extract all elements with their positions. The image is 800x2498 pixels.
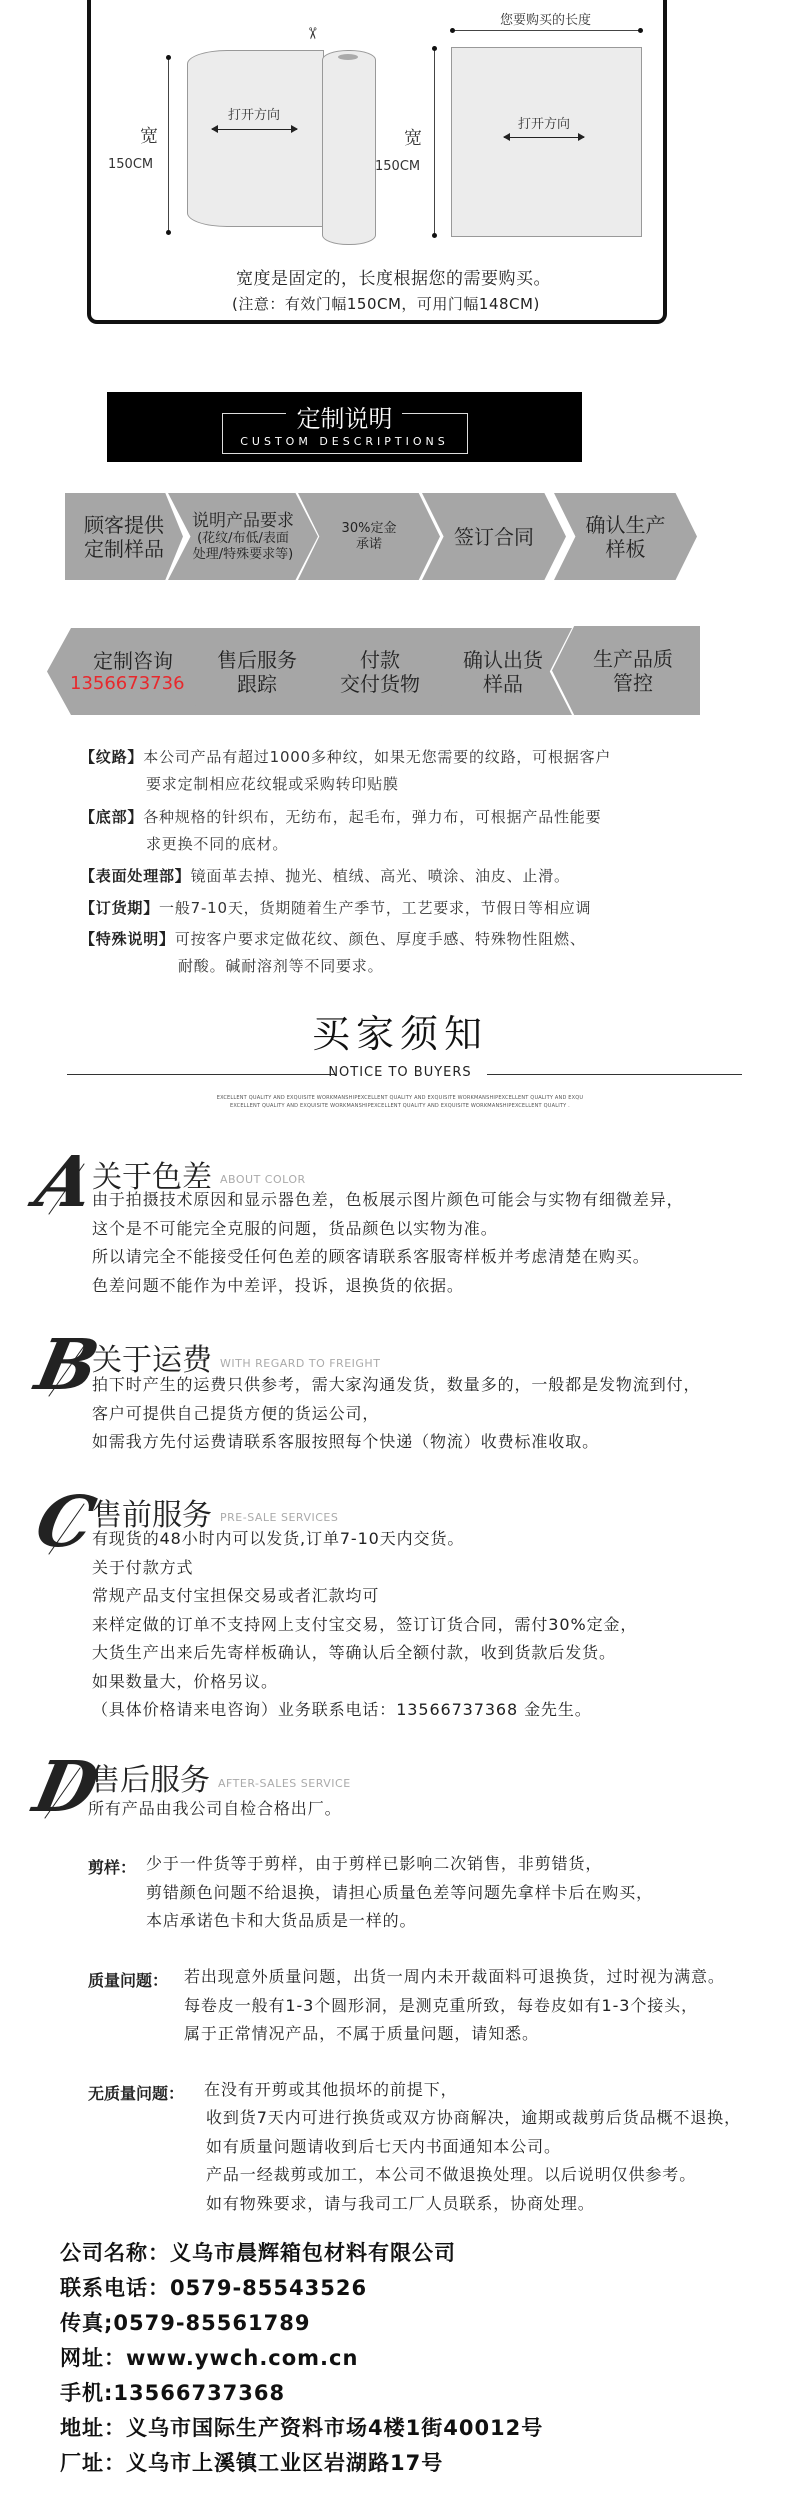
double-arrow-icon <box>212 129 297 130</box>
body-line: 如有物殊要求，请与我司工厂人员联系，协商处理。 <box>206 2190 741 2219</box>
process-step-10: 生产品质管控 <box>552 626 700 715</box>
step-text: 管控 <box>593 671 673 695</box>
step-text: 顾客提供 <box>84 513 164 537</box>
section-body-freight: 拍下时产生的运费只供参考，需大家沟通发货，数量多的，一般都是发物流到付， 客户可… <box>92 1371 700 1457</box>
body-line: 来样定做的订单不支持网上支付宝交易，签订订货合同，需付30%定金， <box>92 1611 637 1640</box>
process-step-4: 签订合同 <box>422 493 566 580</box>
notice-tagline: EXCELLENT QUALITY AND EXQUISITE WORKMANS… <box>0 1095 800 1101</box>
spec-label: 【订货期】 <box>80 899 159 917</box>
step-text: 说明产品要求 <box>192 511 294 531</box>
cut-sample-body: 少于一件货等于剪样，由于剪样已影响二次销售，非剪错货， 剪错颜色问题不给退换，请… <box>146 1850 653 1936</box>
spec-label: 【纹路】 <box>80 748 143 766</box>
dimension-dot <box>638 28 643 33</box>
body-line: 如有质量问题请收到后七天内书面通知本公司。 <box>206 2133 741 2162</box>
spec-text: 各种规格的针织布，无纺布，起毛布，弹力布，可根据产品性能要 <box>143 808 601 826</box>
fabric-roll-sheet <box>187 50 324 227</box>
contact-mobile: 手机:13566737368 <box>60 2376 543 2411</box>
company-name: 公司名称：义乌市晨辉箱包材料有限公司 <box>60 2236 543 2271</box>
dimension-dot <box>432 46 437 51</box>
width-fixed-note: 宽度是固定的，长度根据您的需要购买。 <box>236 264 551 289</box>
contact-fax: 传真;0579-85561789 <box>60 2306 543 2341</box>
dimension-dot <box>450 28 455 33</box>
step-text: 确认出货 <box>463 648 543 672</box>
roll-core-hole <box>338 54 358 60</box>
step-text: 售后服务 <box>217 648 297 672</box>
length-dimension-line <box>452 30 640 31</box>
body-line: 如需我方先付运费请联系客服按照每个快递（物流）收费标准收取。 <box>92 1428 700 1457</box>
spec-text: 要求定制相应花纹辊或采购转印贴膜 <box>80 771 611 798</box>
spec-text: 耐酸。碱耐溶剂等不同要求。 <box>80 953 586 980</box>
body-line: 所以请完全不能接受任何色差的顾客请联系客服寄样板并考虑清楚在购买。 <box>92 1243 684 1272</box>
fabric-roll-cylinder <box>322 50 376 245</box>
section-subtitle-color: ABOUT COLOR <box>220 1173 306 1186</box>
process-step-2: 说明产品要求(花纹/布低/表面处理/特殊要求等) <box>168 493 318 580</box>
spec-base: 【底部】各种规格的针织布，无纺布，起毛布，弹力布，可根据产品性能要 求更换不同的… <box>80 804 601 858</box>
scissors-icon: ✂ <box>303 27 322 40</box>
spec-text: 镜面革去掉、抛光、植绒、高光、喷涂、油皮、止滑。 <box>191 867 570 885</box>
step-text: 跟踪 <box>217 672 297 696</box>
spec-label: 【特殊说明】 <box>80 930 175 948</box>
step-text: 生产品质 <box>593 647 673 671</box>
section-letter-a: A <box>29 1140 101 1223</box>
step-text: 定制咨询 <box>70 649 196 673</box>
body-line: 属于正常情况产品，不属于质量问题，请知悉。 <box>184 2020 725 2049</box>
width-value-left: 150CM <box>108 157 153 172</box>
fabric-cut-sheet <box>451 47 642 237</box>
length-label: 您要购买的长度 <box>500 9 591 28</box>
step-text: 定制样品 <box>84 537 164 561</box>
custom-descriptions-banner: 定制说明 CUSTOM DESCRIPTIONS <box>107 392 582 462</box>
width-usable-note: (注意：有效门幅150CM，可用门幅148CM) <box>232 293 540 314</box>
spec-text: 可按客户要求定做花纹、颜色、厚度手感、特殊物性阻燃、 <box>175 930 586 948</box>
double-arrow-icon <box>504 137 584 138</box>
consult-phone: 13566737368 <box>70 673 196 695</box>
process-step-9: 确认出货样品 <box>424 628 572 715</box>
contact-phone: 联系电话：0579-85543526 <box>60 2271 543 2306</box>
spec-surface: 【表面处理部】镜面革去掉、抛光、植绒、高光、喷涂、油皮、止滑。 <box>80 863 570 890</box>
process-step-1: 顾客提供定制样品 <box>65 493 183 580</box>
section-subtitle-freight: WITH REGARD TO FREIGHT <box>220 1357 380 1370</box>
process-step-3: 30%定金承诺 <box>298 493 440 580</box>
no-quality-issue-label: 无质量问题： <box>88 2081 184 2104</box>
no-quality-issue-body: 收到货7天内可进行换货或双方协商解决，逾期或裁剪后货品概不退换， 如有质量问题请… <box>206 2104 741 2218</box>
step-text: (花纹/布低/表面 <box>192 531 294 547</box>
body-line: 客户可提供自己提货方便的货运公司， <box>92 1400 700 1429</box>
body-line: 由于拍摄技术原因和显示器色差，色板展示图片颜色可能会与实物有细微差异， <box>92 1186 684 1215</box>
quality-issue-body: 若出现意外质量问题，出货一周内未开裁面料可退换货，过时视为满意。 每卷皮一般有1… <box>184 1963 725 2049</box>
body-line: 色差问题不能作为中差评，投诉，退换货的依据。 <box>92 1272 684 1301</box>
factory-address: 厂址：义乌市上溪镇工业区岩湖路17号 <box>60 2446 543 2481</box>
body-line: 本店承诺色卡和大货品质是一样的。 <box>146 1907 653 1936</box>
section-title-aftersale: 售后服务 <box>90 1755 210 1799</box>
body-line: 常规产品支付宝担保交易或者汇款均可 <box>92 1582 637 1611</box>
step-text: 付款 <box>340 648 420 672</box>
notice-title: 买家须知 <box>0 1003 800 1058</box>
quality-issue-label: 质量问题： <box>88 1968 168 1991</box>
open-direction-label-left: 打开方向 <box>228 104 280 123</box>
body-line: 关于付款方式 <box>92 1554 637 1583</box>
step-text: 30%定金 <box>342 521 397 537</box>
body-line: 大货生产出来后先寄样板确认，等确认后全额付款，收到货款后发货。 <box>92 1639 637 1668</box>
spec-label: 【底部】 <box>80 808 143 826</box>
body-line: 剪错颜色问题不给退换，请担心质量色差等问题先拿样卡后在购买， <box>146 1879 653 1908</box>
dimension-dot <box>166 230 171 235</box>
open-direction-label-right: 打开方向 <box>518 113 570 132</box>
contact-info: 公司名称：义乌市晨辉箱包材料有限公司 联系电话：0579-85543526 传真… <box>60 2236 543 2481</box>
width-char-left: 宽 <box>140 122 158 148</box>
section-body-color: 由于拍摄技术原因和显示器色差，色板展示图片颜色可能会与实物有细微差异， 这个是不… <box>92 1186 684 1300</box>
notice-subtitle: NOTICE TO BUYERS <box>0 1065 800 1080</box>
body-line: 若出现意外质量问题，出货一周内未开裁面料可退换货，过时视为满意。 <box>184 1963 725 1992</box>
dimension-dot <box>166 55 171 60</box>
section-subtitle-presale: PRE-SALE SERVICES <box>220 1511 338 1524</box>
spec-text: 求更换不同的底材。 <box>80 831 601 858</box>
step-text: 样板 <box>586 537 666 561</box>
aftersale-intro: 所有产品由我公司自检合格出厂。 <box>88 1795 342 1824</box>
body-line: 有现货的48小时内可以发货,订单7-10天内交货。 <box>92 1525 637 1554</box>
process-step-5: 确认生产样板 <box>554 493 697 580</box>
body-line: 每卷皮一般有1-3个圆形洞，是测克重所致，每卷皮如有1-3个接头， <box>184 1992 725 2021</box>
step-text: 样品 <box>463 672 543 696</box>
body-line: 收到货7天内可进行换货或双方协商解决，逾期或裁剪后货品概不退换， <box>206 2104 741 2133</box>
step-text: 处理/特殊要求等) <box>192 547 294 563</box>
spec-text: 一般7-10天，货期随着生产季节，工艺要求，节假日等相应调 <box>159 899 591 917</box>
width-dimension-line-left <box>168 57 169 233</box>
section-body-presale: 有现货的48小时内可以发货,订单7-10天内交货。 关于付款方式 常规产品支付宝… <box>92 1525 637 1725</box>
width-value-right: 150CM <box>375 159 420 174</box>
spec-text: 本公司产品有超过1000多种纹，如果无您需要的纹路，可根据客户 <box>143 748 611 766</box>
section-subtitle-aftersale: AFTER-SALES SERVICE <box>218 1777 351 1790</box>
body-line: 拍下时产生的运费只供参考，需大家沟通发货，数量多的，一般都是发物流到付， <box>92 1371 700 1400</box>
body-line: 少于一件货等于剪样，由于剪样已影响二次销售，非剪错货， <box>146 1850 653 1879</box>
cut-sample-label: 剪样： <box>88 1855 136 1878</box>
spec-lead-time: 【订货期】一般7-10天，货期随着生产季节，工艺要求，节假日等相应调 <box>80 895 591 922</box>
step-text: 确认生产 <box>586 513 666 537</box>
spec-special: 【特殊说明】可按客户要求定做花纹、颜色、厚度手感、特殊物性阻燃、 耐酸。碱耐溶剂… <box>80 926 586 980</box>
spec-label: 【表面处理部】 <box>80 867 191 885</box>
notice-tagline: EXCELLENT QUALITY AND EXQUISITE WORKMANS… <box>0 1103 800 1109</box>
dimension-dot <box>432 233 437 238</box>
step-text: 交付货物 <box>340 672 420 696</box>
body-line: 产品一经裁剪或加工，本公司不做退换处理。以后说明仅供参考。 <box>206 2161 741 2190</box>
width-char-right: 宽 <box>404 124 422 150</box>
step-text: 签订合同 <box>454 525 534 549</box>
width-dimension-line-right <box>434 48 435 236</box>
body-line: 这个是不可能完全克服的问题，货品颜色以实物为准。 <box>92 1215 684 1244</box>
sales-phone-line: （具体价格请来电咨询）业务联系电话：13566737368 金先生。 <box>92 1696 637 1725</box>
spec-texture: 【纹路】本公司产品有超过1000多种纹，如果无您需要的纹路，可根据客户 要求定制… <box>80 744 611 798</box>
banner-subtitle: CUSTOM DESCRIPTIONS <box>107 435 582 448</box>
banner-title: 定制说明 <box>107 399 582 434</box>
step-text: 承诺 <box>342 537 397 553</box>
no-quality-issue-first: 在没有开剪或其他损坏的前提下， <box>204 2076 458 2105</box>
contact-website[interactable]: 网址：www.ywch.com.cn <box>60 2341 543 2376</box>
contact-address: 地址：义乌市国际生产资料市场4楼1街40012号 <box>60 2411 543 2446</box>
body-line: 如果数量大，价格另议。 <box>92 1668 637 1697</box>
